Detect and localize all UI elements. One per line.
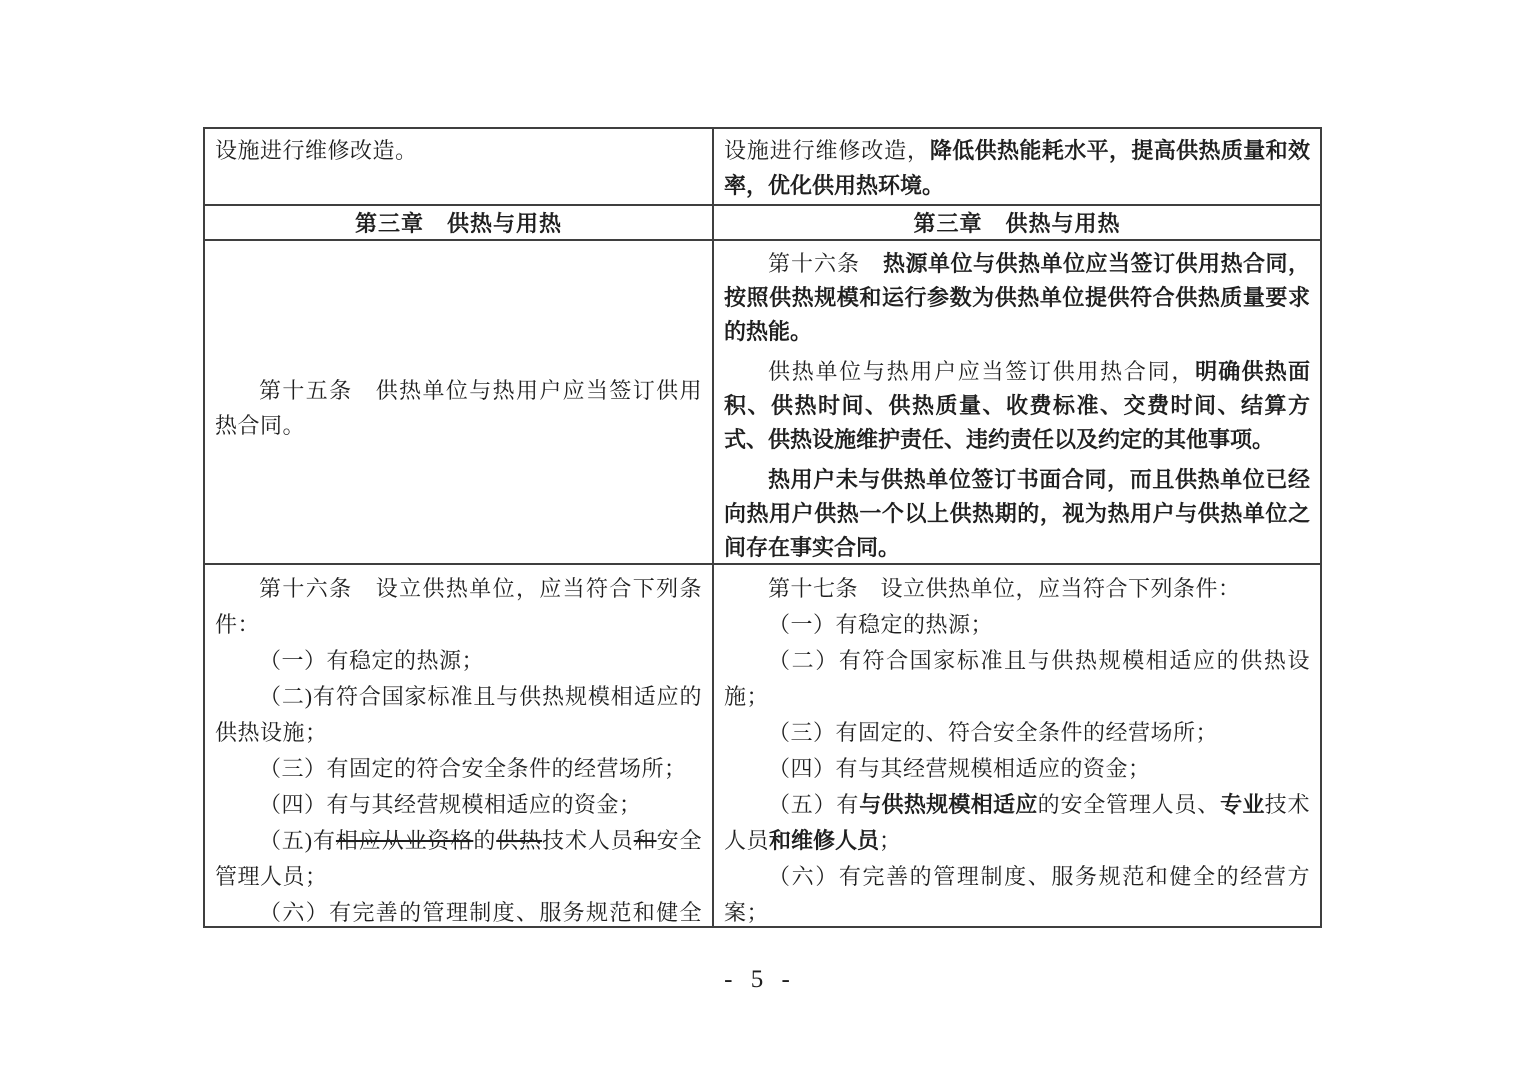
text-run: （六）有完善的管理制度、服务规范和健全的经营方案； xyxy=(215,900,702,926)
text-run: （五)有 xyxy=(259,828,336,853)
text-run: （一）有稳定的热源； xyxy=(768,612,993,637)
text-run: 第十五条 供热单位与热用户应当签订供用热合同。 xyxy=(215,378,702,438)
paragraph: （六）有完善的管理制度、服务规范和健全的经营方案； xyxy=(215,895,702,926)
paragraph: （二）有符合国家标准且与供热规模相适应的供热设施； xyxy=(724,643,1310,715)
page-number: - 5 - xyxy=(0,966,1520,994)
paragraph: （一）有稳定的热源； xyxy=(724,607,1310,643)
paragraph: 第十六条 热源单位与供热单位应当签订供用热合同，按照供热规模和运行参数为供热单位… xyxy=(724,247,1310,349)
text-run: 的 xyxy=(473,828,496,853)
text-run: 的安全管理人员、 xyxy=(1038,792,1220,817)
cell-new-chapter-heading: 第三章 供热与用热 xyxy=(714,206,1320,241)
paragraph: 设施进行维修改造。 xyxy=(215,133,702,168)
revision-comparison-table: 设施进行维修改造。 设施进行维修改造，降低供热能耗水平，提高供热质量和效率，优化… xyxy=(203,127,1322,928)
cell-new-text-row3: 第十六条 热源单位与供热单位应当签订供用热合同，按照供热规模和运行参数为供热单位… xyxy=(714,241,1320,565)
cell-old-text-row1: 设施进行维修改造。 xyxy=(205,129,714,206)
text-run: 第十六条 xyxy=(768,251,883,276)
paragraph: （四）有与其经营规模相适应的资金； xyxy=(215,787,702,823)
text-run: （四）有与其经营规模相适应的资金； xyxy=(259,792,642,817)
cell-old-text-row4: 第十六条 设立供热单位，应当符合下列条件：（一）有稳定的热源；（二)有符合国家标… xyxy=(205,565,714,926)
text-run: （三）有固定的符合安全条件的经营场所； xyxy=(259,756,687,781)
paragraph: （二)有符合国家标准且与供热规模相适应的供热设施； xyxy=(215,679,702,751)
paragraph: 供热单位与热用户应当签订供用热合同，明确供热面积、供热时间、供热质量、收费标准、… xyxy=(724,355,1310,457)
document-page: 设施进行维修改造。 设施进行维修改造，降低供热能耗水平，提高供热质量和效率，优化… xyxy=(0,0,1520,1074)
paragraph: （五）有与供热规模相适应的安全管理人员、专业技术人员和维修人员； xyxy=(724,787,1310,859)
text-run: （二）有符合国家标准且与供热规模相适应的供热设施； xyxy=(724,648,1310,709)
deleted-text-run: 和 xyxy=(634,828,657,853)
revised-text-run: 与供热规模相适应 xyxy=(859,792,1037,817)
cell-old-chapter-heading: 第三章 供热与用热 xyxy=(205,206,714,241)
text-run: 供热单位与热用户应当签订供用热合同， xyxy=(768,359,1195,384)
text-run: （六）有完善的管理制度、服务规范和健全的经营方案； xyxy=(724,864,1310,925)
paragraph: （三）有固定的、符合安全条件的经营场所； xyxy=(724,715,1310,751)
revised-text-run: 热用户未与供热单位签订书面合同，而且供热单位已经向热用户供热一个以上供热期的，视… xyxy=(724,467,1310,560)
text-run: 第十七条 设立供热单位，应当符合下列条件： xyxy=(768,576,1241,601)
text-run: 第十六条 设立供热单位，应当符合下列条件： xyxy=(215,576,702,637)
text-run: 设施进行维修改造， xyxy=(724,138,930,163)
deleted-text-run: 相应从业资格 xyxy=(336,828,473,853)
revised-text-run: 和维修人员 xyxy=(769,828,879,853)
paragraph: （一）有稳定的热源； xyxy=(215,643,702,679)
text-run: ； xyxy=(879,828,902,853)
paragraph: 第十六条 设立供热单位，应当符合下列条件： xyxy=(215,571,702,643)
deleted-text-run: 供热 xyxy=(496,828,542,853)
paragraph: （四）有与其经营规模相适应的资金； xyxy=(724,751,1310,787)
paragraph: 热用户未与供热单位签订书面合同，而且供热单位已经向热用户供热一个以上供热期的，视… xyxy=(724,463,1310,565)
paragraph: 第十五条 供热单位与热用户应当签订供用热合同。 xyxy=(215,373,702,443)
paragraph: （五)有相应从业资格的供热技术人员和安全管理人员； xyxy=(215,823,702,895)
revised-text-run: 专业 xyxy=(1220,792,1265,817)
cell-new-text-row4: 第十七条 设立供热单位，应当符合下列条件：（一）有稳定的热源；（二）有符合国家标… xyxy=(714,565,1320,926)
text-run: （四）有与其经营规模相适应的资金； xyxy=(768,756,1151,781)
text-run: 设施进行维修改造。 xyxy=(215,138,418,163)
text-run: （一）有稳定的热源； xyxy=(259,648,484,673)
text-run: （二)有符合国家标准且与供热规模相适应的供热设施； xyxy=(215,684,702,745)
paragraph: 设施进行维修改造，降低供热能耗水平，提高供热质量和效率，优化供用热环境。 xyxy=(724,133,1310,203)
text-run: （五）有 xyxy=(768,792,859,817)
paragraph: 第十七条 设立供热单位，应当符合下列条件： xyxy=(724,571,1310,607)
paragraph: （六）有完善的管理制度、服务规范和健全的经营方案； xyxy=(724,859,1310,926)
text-run: 技术人员 xyxy=(542,828,634,853)
text-run: （三）有固定的、符合安全条件的经营场所； xyxy=(768,720,1218,745)
paragraph: （三）有固定的符合安全条件的经营场所； xyxy=(215,751,702,787)
cell-old-text-row3: 第十五条 供热单位与热用户应当签订供用热合同。 xyxy=(205,241,714,565)
cell-new-text-row1: 设施进行维修改造，降低供热能耗水平，提高供热质量和效率，优化供用热环境。 xyxy=(714,129,1320,206)
